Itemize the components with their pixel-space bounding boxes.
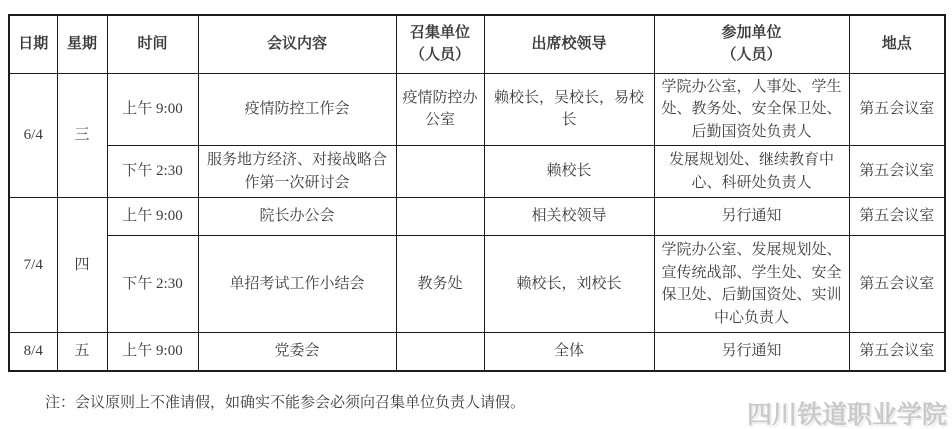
cell-participants: 学院办公室、发展规划处、宣传统战部、学生处、安全保卫处、后勤国资处、实训中心负责… xyxy=(654,236,849,333)
table-row: 8/4 五 上午 9:00 党委会 全体 另行通知 第五会议室 xyxy=(9,333,945,371)
cell-location: 第五会议室 xyxy=(849,333,945,371)
cell-time: 上午 9:00 xyxy=(107,198,198,236)
cell-location: 第五会议室 xyxy=(849,236,945,333)
header-date: 日期 xyxy=(9,15,57,73)
cell-convener xyxy=(396,198,484,236)
cell-leaders: 全体 xyxy=(484,333,654,371)
cell-location: 第五会议室 xyxy=(849,146,945,198)
cell-content: 单招考试工作小结会 xyxy=(198,236,396,333)
header-week: 星期 xyxy=(57,15,107,73)
header-time: 时间 xyxy=(107,15,198,73)
cell-leaders: 赖校长，刘校长 xyxy=(484,236,654,333)
cell-time: 下午 2:30 xyxy=(107,236,198,333)
cell-location: 第五会议室 xyxy=(849,73,945,146)
cell-convener: 疫情防控办公室 xyxy=(396,73,484,146)
cell-leaders: 赖校长 xyxy=(484,146,654,198)
table-row: 6/4 三 上午 9:00 疫情防控工作会 疫情防控办公室 赖校长，吴校长，易校… xyxy=(9,73,945,146)
table-row: 7/4 四 上午 9:00 院长办公会 相关校领导 另行通知 第五会议室 xyxy=(9,198,945,236)
cell-week: 五 xyxy=(57,333,107,371)
meeting-schedule-table: 日期 星期 时间 会议内容 召集单位 （人员） 出席校领导 参加单位 （人员） … xyxy=(8,14,946,372)
cell-time: 上午 9:00 xyxy=(107,73,198,146)
cell-content: 服务地方经济、对接战略合作第一次研讨会 xyxy=(198,146,396,198)
cell-date: 6/4 xyxy=(9,73,57,198)
cell-time: 下午 2:30 xyxy=(107,146,198,198)
cell-convener xyxy=(396,146,484,198)
cell-time: 上午 9:00 xyxy=(107,333,198,371)
header-leaders: 出席校领导 xyxy=(484,15,654,73)
cell-week: 四 xyxy=(57,198,107,333)
cell-participants: 发展规划处、继续教育中心、科研处负责人 xyxy=(654,146,849,198)
table-row: 下午 2:30 单招考试工作小结会 教务处 赖校长，刘校长 学院办公室、发展规划… xyxy=(9,236,945,333)
header-participants: 参加单位 （人员） xyxy=(654,15,849,73)
cell-leaders: 赖校长，吴校长，易校长 xyxy=(484,73,654,146)
cell-content: 院长办公会 xyxy=(198,198,396,236)
header-convener: 召集单位 （人员） xyxy=(396,15,484,73)
table-row: 下午 2:30 服务地方经济、对接战略合作第一次研讨会 赖校长 发展规划处、继续… xyxy=(9,146,945,198)
cell-content: 疫情防控工作会 xyxy=(198,73,396,146)
cell-participants: 另行通知 xyxy=(654,333,849,371)
cell-content: 党委会 xyxy=(198,333,396,371)
cell-date: 7/4 xyxy=(9,198,57,333)
cell-location: 第五会议室 xyxy=(849,198,945,236)
cell-participants: 另行通知 xyxy=(654,198,849,236)
header-row: 日期 星期 时间 会议内容 召集单位 （人员） 出席校领导 参加单位 （人员） … xyxy=(9,15,945,73)
note-text: 注：会议原则上不准请假，如确实不能参会必须向召集单位负责人请假。 xyxy=(45,391,525,412)
watermark: 四川铁道职业学院 xyxy=(747,395,947,429)
cell-convener xyxy=(396,333,484,371)
document-page: 日期 星期 时间 会议内容 召集单位 （人员） 出席校领导 参加单位 （人员） … xyxy=(0,0,952,429)
header-location: 地点 xyxy=(849,15,945,73)
header-content: 会议内容 xyxy=(198,15,396,73)
cell-date: 8/4 xyxy=(9,333,57,371)
cell-leaders: 相关校领导 xyxy=(484,198,654,236)
cell-convener: 教务处 xyxy=(396,236,484,333)
cell-participants: 学院办公室，人事处、学生处、教务处、安全保卫处、后勤国资处负责人 xyxy=(654,73,849,146)
cell-week: 三 xyxy=(57,73,107,198)
